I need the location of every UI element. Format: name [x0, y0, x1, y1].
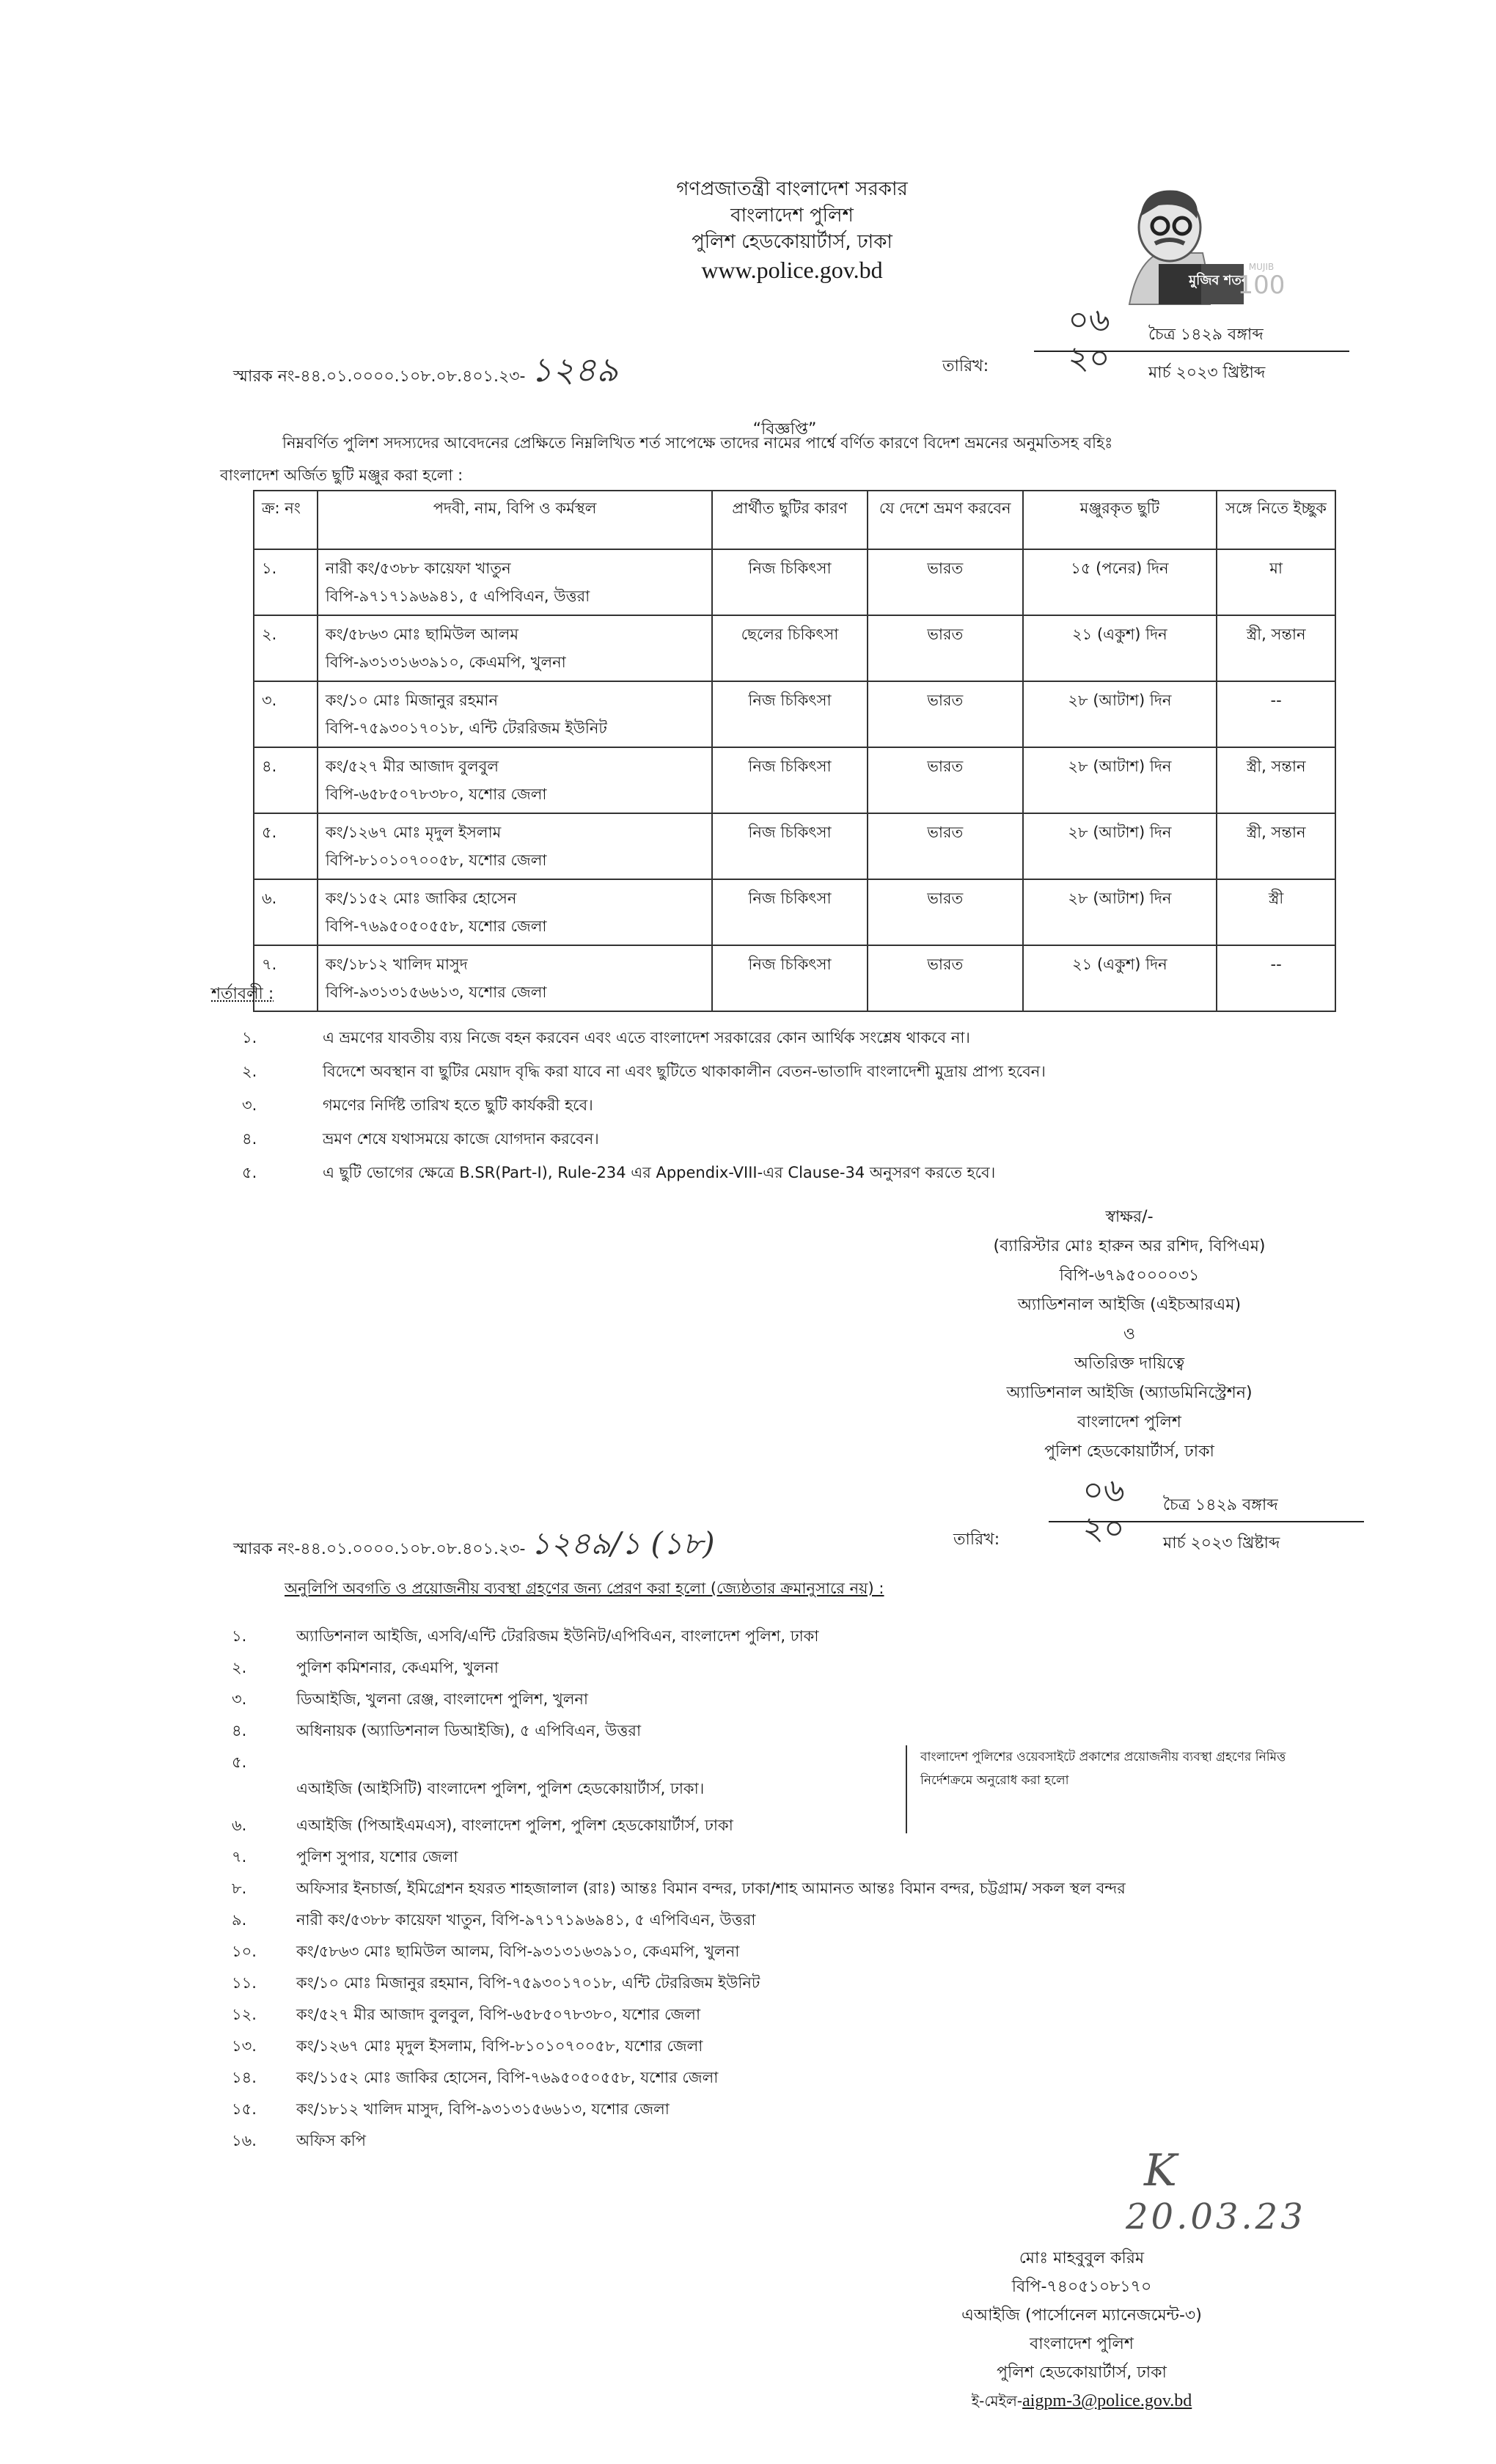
cell-companion: --: [1217, 945, 1335, 1011]
conditions-list: ১.এ ভ্রমণের যাবতীয় ব্যয় নিজে বহন করবেন…: [242, 1021, 1415, 1189]
col-country: যে দেশে ভ্রমণ করবেন: [868, 491, 1023, 549]
memo2-ref-prefix: স্মারক নং-৪৪.০১.০০০০.১০৮.০৮.৪০১.২৩-: [233, 1540, 526, 1558]
col-serial: ক্র: নং: [254, 491, 318, 549]
additional-charge: অতিরিক্ত দায়িত্বে: [873, 1349, 1386, 1379]
table-row: ৬.কং/১১৫২ মোঃ জাকির হোসেনবিপি-৭৬৯৫০৫০৫৫৮…: [254, 879, 1335, 945]
member-name: কং/৫২৭ মীর আজাদ বুলবুল: [326, 752, 704, 780]
cell-companion: স্ত্রী, সন্তান: [1217, 615, 1335, 681]
copy-text: কং/১৮১২ খালিদ মাসুদ, বিপি-৯৩১৩১৫৬৬১৩, যশ…: [296, 2100, 670, 2118]
copy-text: নারী কং/৫৩৮৮ কায়েফা খাতুন, বিপি-৯৭১৭১৯৬…: [296, 1911, 755, 1929]
member-name: নারী কং/৫৩৮৮ কায়েফা খাতুন: [326, 554, 704, 582]
cell-name: কং/১২৬৭ মোঃ মৃদুল ইসলামবিপি-৮১০১০৭০০৫৮, …: [318, 813, 712, 879]
condition-item: ৩.গমণের নির্দিষ্ট তারিখ হতে ছুটি কার্যকর…: [242, 1088, 1415, 1122]
copy-number: ৩.: [232, 1684, 296, 1715]
table-header-row: ক্র: নং পদবী, নাম, বিপি ও কর্মস্থল প্রার…: [254, 491, 1335, 549]
cell-companion: স্ত্রী, সন্তান: [1217, 813, 1335, 879]
cell-leave: ২১ (একুশ) দিন: [1023, 615, 1217, 681]
handwritten-date: 20.03.23: [1126, 2196, 1306, 2237]
signatory-designation: অ্যাডিশনাল আইজি (এইচআরএম): [873, 1291, 1386, 1320]
conjunction: ও: [873, 1320, 1386, 1349]
condition-text: এ ভ্রমণের যাবতীয় ব্যয় নিজে বহন করবেন এ…: [323, 1029, 970, 1046]
copy-recipient: ১.অ্যাডিশনাল আইজি, এসবি/এন্টি টেররিজম ইউ…: [232, 1621, 1405, 1652]
website-link[interactable]: www.police.gov.bd: [572, 255, 1012, 285]
date-bengali-rest: চৈত্র ১৪২৯ বঙ্গাব্দ: [1148, 322, 1264, 349]
signatory2-bp: বিপি-৭৪০৫১০৮১৭০: [891, 2273, 1272, 2301]
memo-reference: স্মারক নং-৪৪.০১.০০০০.১০৮.০৮.৪০১.২৩- ১২৪৯: [233, 345, 618, 400]
condition-text: ভ্রমণ শেষে যথাসময়ে কাজে যোগদান করবেন।: [323, 1130, 599, 1148]
copy-text: পুলিশ সুপার, যশোর জেলা: [296, 1848, 458, 1866]
condition-text: বিদেশে অবস্থান বা ছুটির মেয়াদ বৃদ্ধি কর…: [323, 1063, 1046, 1080]
cell-country: ভারত: [868, 615, 1023, 681]
cell-reason: নিজ চিকিৎসা: [712, 549, 868, 615]
copy-number: ৭.: [232, 1841, 296, 1873]
memo-ref-prefix: স্মারক নং-৪৪.০১.০০০০.১০৮.০৮.৪০১.২৩-: [233, 367, 526, 386]
copy-text: অ্যাডিশনাল আইজি, এসবি/এন্টি টেররিজম ইউনি…: [296, 1627, 818, 1645]
cell-reason: নিজ চিকিৎসা: [712, 747, 868, 813]
letterhead: গণপ্রজাতন্ত্রী বাংলাদেশ সরকার বাংলাদেশ প…: [572, 176, 1012, 285]
copy-number: ১.: [232, 1621, 296, 1652]
member-name: কং/১০ মোঃ মিজানুর রহমান: [326, 686, 704, 714]
cell-serial: ২.: [254, 615, 318, 681]
signatory2-email-row: ই-মেইল-aigpm-3@police.gov.bd: [891, 2387, 1272, 2416]
cell-country: ভারত: [868, 813, 1023, 879]
memo2-reference: স্মারক নং-৪৪.০১.০০০০.১০৮.০৮.৪০১.২৩- ১২৪৯…: [233, 1519, 715, 1572]
signatory-bp: বিপি-৬৭৯৫০০০০৩১: [873, 1261, 1386, 1291]
copy-recipient: ৪.অধিনায়ক (অ্যাডিশনাল ডিআইজি), ৫ এপিবিএ…: [232, 1715, 1405, 1747]
copy-number: ১৫.: [232, 2094, 296, 2125]
memo2-ref-handwritten: ১২৪৯/১ (১৮): [531, 1525, 715, 1561]
copy-number: ৪.: [232, 1715, 296, 1747]
member-name: কং/১৮১২ খালিদ মাসুদ: [326, 950, 704, 978]
cell-serial: ৪.: [254, 747, 318, 813]
copy-recipient: ৯.নারী কং/৫৩৮৮ কায়েফা খাতুন, বিপি-৯৭১৭১…: [232, 1904, 1405, 1936]
office-name: পুলিশ হেডকোয়ার্টার্স, ঢাকা: [572, 229, 1012, 255]
copy-recipient: ১৬.অফিস কপি: [232, 2125, 1405, 2157]
copy-text: ডিআইজি, খুলনা রেঞ্জ, বাংলাদেশ পুলিশ, খুল…: [296, 1690, 588, 1708]
email-label: ই-মেইল-: [972, 2392, 1022, 2410]
table-row: ২.কং/৫৮৬৩ মোঃ ছামিউল আলমবিপি-৯৩১৩১৬৩৯১০,…: [254, 615, 1335, 681]
copy-number: ৫.: [232, 1747, 296, 1778]
signatory-designation-2: অ্যাডিশনাল আইজি (অ্যাডমিনিস্ট্রেশন): [873, 1379, 1386, 1408]
copy-text: কং/১২৬৭ মোঃ মৃদুল ইসলাম, বিপি-৮১০১০৭০০৫৮…: [296, 2037, 703, 2055]
member-bp-posting: বিপি-৯৩১৩১৬৩৯১০, কেএমপি, খুলনা: [326, 648, 704, 676]
signatory-office: পুলিশ হেডকোয়ার্টার্স, ঢাকা: [873, 1437, 1386, 1467]
condition-number: ১.: [242, 1021, 323, 1055]
copy-recipient: ১০.কং/৫৮৬৩ মোঃ ছামিউল আলম, বিপি-৯৩১৩১৬৩৯…: [232, 1936, 1405, 1968]
copy-text: এআইজি (পিআইএমএস), বাংলাদেশ পুলিশ, পুলিশ …: [296, 1816, 733, 1834]
table-row: ১.নারী কং/৫৩৮৮ কায়েফা খাতুনবিপি-৯৭১৭১৯৬…: [254, 549, 1335, 615]
cell-companion: স্ত্রী, সন্তান: [1217, 747, 1335, 813]
cell-country: ভারত: [868, 945, 1023, 1011]
cell-name: কং/১৮১২ খালিদ মাসুদবিপি-৯৩১৩১৫৬৬১৩, যশোর…: [318, 945, 712, 1011]
date2-bengali-rest: চৈত্র ১৪২৯ বঙ্গাব্দ: [1163, 1492, 1278, 1519]
table-row: ৭.কং/১৮১২ খালিদ মাসুদবিপি-৯৩১৩১৫৬৬১৩, যশ…: [254, 945, 1335, 1011]
member-name: কং/১২৬৭ মোঃ মৃদুল ইসলাম: [326, 818, 704, 846]
condition-number: ৩.: [242, 1088, 323, 1122]
signatory2-office: পুলিশ হেডকোয়ার্টার্স, ঢাকা: [891, 2358, 1272, 2387]
cell-leave: ২১ (একুশ) দিন: [1023, 945, 1217, 1011]
cell-name: কং/৫৮৬৩ মোঃ ছামিউল আলমবিপি-৯৩১৩১৬৩৯১০, ক…: [318, 615, 712, 681]
cell-country: ভারত: [868, 747, 1023, 813]
email-link[interactable]: aigpm-3@police.gov.bd: [1022, 2391, 1192, 2410]
date2-gregorian-rest: মার্চ ২০২৩ খ্রিষ্টাব্দ: [1163, 1530, 1280, 1558]
handwritten-initial: K: [1144, 2145, 1177, 2196]
copy-number: ৮.: [232, 1873, 296, 1904]
condition-item: ৫.এ ছুটি ভোগের ক্ষেত্রে B.SR(Part-I), Ru…: [242, 1156, 1415, 1189]
signatory-name: (ব্যারিস্টার মোঃ হারুন অর রশিদ, বিপিএম): [873, 1232, 1386, 1261]
copy-text: কং/১০ মোঃ মিজানুর রহমান, বিপি-৭৫৯৩০১৭০১৮…: [296, 1974, 760, 1992]
copy-number: ১০.: [232, 1936, 296, 1968]
cell-reason: নিজ চিকিৎসা: [712, 879, 868, 945]
notice-intro-line1: নিম্নবর্ণিত পুলিশ সদস্যদের আবেদনের প্রেক…: [282, 425, 1382, 461]
memo-date: ০৬ চৈত্র ১৪২৯ বঙ্গাব্দ ২০ মার্চ ২০২৩ খ্র…: [1049, 317, 1357, 387]
member-name: কং/৫৮৬৩ মোঃ ছামিউল আলম: [326, 620, 704, 648]
memo-ref-handwritten: ১২৪৯: [531, 350, 618, 389]
copy-text: পুলিশ কমিশনার, কেএমপি, খুলনা: [296, 1659, 499, 1676]
copy-text: অফিস কপি: [296, 2132, 366, 2149]
member-bp-posting: বিপি-৯৩১৩১৫৬৬১৩, যশোর জেলা: [326, 978, 704, 1006]
member-bp-posting: বিপি-৭৬৯৫০৫০৫৫৮, যশোর জেলা: [326, 912, 704, 940]
copy-recipient: ৭.পুলিশ সুপার, যশোর জেলা: [232, 1841, 1405, 1873]
signatory2-org: বাংলাদেশ পুলিশ: [891, 2330, 1272, 2358]
copy-recipient: ৩.ডিআইজি, খুলনা রেঞ্জ, বাংলাদেশ পুলিশ, খ…: [232, 1684, 1405, 1715]
signature-block-1: স্বাক্ষর/- (ব্যারিস্টার মোঃ হারুন অর রশি…: [873, 1203, 1386, 1467]
date-gregorian-rest: মার্চ ২০২৩ খ্রিষ্টাব্দ: [1148, 360, 1265, 387]
conditions-title: শর্তাবলী :: [211, 981, 274, 1008]
signatory-org: বাংলাদেশ পুলিশ: [873, 1408, 1386, 1437]
member-bp-posting: বিপি-৬৫৮৫০৭৮৩৮০, যশোর জেলা: [326, 780, 704, 808]
copy-recipient: ১২.কং/৫২৭ মীর আজাদ বুলবুল, বিপি-৬৫৮৫০৭৮৩…: [232, 1999, 1405, 2031]
website-publish-note: বাংলাদেশ পুলিশের ওয়েবসাইটে প্রকাশের প্র…: [906, 1745, 1331, 1833]
copy-recipient: ১৩.কং/১২৬৭ মোঃ মৃদুল ইসলাম, বিপি-৮১০১০৭০…: [232, 2031, 1405, 2062]
cell-name: কং/৫২৭ মীর আজাদ বুলবুলবিপি-৬৫৮৫০৭৮৩৮০, য…: [318, 747, 712, 813]
date-gregorian-day: ২০: [1049, 334, 1129, 387]
col-name: পদবী, নাম, বিপি ও কর্মস্থল: [318, 491, 712, 549]
condition-text: গমণের নির্দিষ্ট তারিখ হতে ছুটি কার্যকরী …: [323, 1096, 593, 1114]
copy-number: ৯.: [232, 1904, 296, 1936]
cell-leave: ২৮ (আটাশ) দিন: [1023, 879, 1217, 945]
cell-country: ভারত: [868, 879, 1023, 945]
cell-companion: স্ত্রী: [1217, 879, 1335, 945]
condition-number: ৫.: [242, 1156, 323, 1189]
cell-serial: ৫.: [254, 813, 318, 879]
cell-reason: নিজ চিকিৎসা: [712, 813, 868, 879]
mujib-100-logo: মুজিব শতবর্ষ 100 MUJIB: [1115, 183, 1283, 308]
cell-leave: ২৮ (আটাশ) দিন: [1023, 747, 1217, 813]
copy-number: ১৬.: [232, 2125, 296, 2157]
org-name: বাংলাদেশ পুলিশ: [572, 202, 1012, 229]
cell-leave: ২৮ (আটাশ) দিন: [1023, 813, 1217, 879]
copy-recipient: ২.পুলিশ কমিশনার, কেএমপি, খুলনা: [232, 1652, 1405, 1684]
cell-companion: মা: [1217, 549, 1335, 615]
copy-text: অফিসার ইনচার্জ, ইমিগ্রেশন হযরত শাহজালাল …: [296, 1880, 1126, 1897]
date2-gregorian-day: ২০: [1063, 1504, 1144, 1558]
copy-recipient: ৮.অফিসার ইনচার্জ, ইমিগ্রেশন হযরত শাহজালা…: [232, 1873, 1405, 1904]
copy-recipient: ১১.কং/১০ মোঃ মিজানুর রহমান, বিপি-৭৫৯৩০১৭…: [232, 1968, 1405, 1999]
copy-number: ২.: [232, 1652, 296, 1684]
copy-title: অনুলিপি অবগতি ও প্রয়োজনীয় ব্যবস্থা গ্র…: [285, 1577, 884, 1602]
leave-table: ক্র: নং পদবী, নাম, বিপি ও কর্মস্থল প্রার…: [253, 490, 1336, 1012]
cell-leave: ২৮ (আটাশ) দিন: [1023, 681, 1217, 747]
cell-reason: নিজ চিকিৎসা: [712, 681, 868, 747]
col-leave: মঞ্জুরকৃত ছুটি: [1023, 491, 1217, 549]
col-companion: সঙ্গে নিতে ইচ্ছুক: [1217, 491, 1335, 549]
svg-text:MUJIB: MUJIB: [1249, 262, 1274, 272]
cell-reason: নিজ চিকিৎসা: [712, 945, 868, 1011]
cell-serial: ৬.: [254, 879, 318, 945]
cell-name: কং/১১৫২ মোঃ জাকির হোসেনবিপি-৭৬৯৫০৫০৫৫৮, …: [318, 879, 712, 945]
memo-date-label: তারিখ:: [942, 353, 989, 381]
member-name: কং/১১৫২ মোঃ জাকির হোসেন: [326, 884, 704, 912]
condition-item: ২.বিদেশে অবস্থান বা ছুটির মেয়াদ বৃদ্ধি …: [242, 1055, 1415, 1088]
member-bp-posting: বিপি-৯৭১৭১৯৬৯৪১, ৫ এপিবিএন, উত্তরা: [326, 582, 704, 610]
copy-text: কং/৫২৭ মীর আজাদ বুলবুল, বিপি-৬৫৮৫০৭৮৩৮০,…: [296, 2006, 700, 2023]
table-row: ৩.কং/১০ মোঃ মিজানুর রহমানবিপি-৭৫৯৩০১৭০১৮…: [254, 681, 1335, 747]
notice-intro-line2: বাংলাদেশ অর্জিত ছুটি মঞ্জুর করা হলো :: [220, 458, 463, 493]
cell-serial: ৩.: [254, 681, 318, 747]
cell-reason: ছেলের চিকিৎসা: [712, 615, 868, 681]
copy-text: কং/১১৫২ মোঃ জাকির হোসেন, বিপি-৭৬৯৫০৫০৫৫৮…: [296, 2069, 718, 2086]
condition-item: ৪.ভ্রমণ শেষে যথাসময়ে কাজে যোগদান করবেন।: [242, 1122, 1415, 1156]
signature-block-2: মোঃ মাহবুবুল করিম বিপি-৭৪০৫১০৮১৭০ এআইজি …: [891, 2244, 1272, 2416]
member-bp-posting: বিপি-৮১০১০৭০০৫৮, যশোর জেলা: [326, 846, 704, 874]
copy-number: ১২.: [232, 1999, 296, 2031]
memo2-date: ০৬ চৈত্র ১৪২৯ বঙ্গাব্দ ২০ মার্চ ২০২৩ খ্র…: [1063, 1487, 1371, 1558]
signatory2-designation: এআইজি (পার্সোনেল ম্যানেজমেন্ট-৩): [891, 2301, 1272, 2330]
copy-text: এআইজি (আইসিটি) বাংলাদেশ পুলিশ, পুলিশ হেড…: [296, 1780, 704, 1797]
condition-number: ৪.: [242, 1122, 323, 1156]
cell-name: নারী কং/৫৩৮৮ কায়েফা খাতুনবিপি-৯৭১৭১৯৬৯৪…: [318, 549, 712, 615]
cell-companion: --: [1217, 681, 1335, 747]
copy-text: কং/৫৮৬৩ মোঃ ছামিউল আলম, বিপি-৯৩১৩১৬৩৯১০,…: [296, 1943, 739, 1960]
table-row: ৫.কং/১২৬৭ মোঃ মৃদুল ইসলামবিপি-৮১০১০৭০০৫৮…: [254, 813, 1335, 879]
signed-text: স্বাক্ষর/-: [873, 1203, 1386, 1232]
copy-text: অধিনায়ক (অ্যাডিশনাল ডিআইজি), ৫ এপিবিএন,…: [296, 1722, 641, 1739]
condition-number: ২.: [242, 1055, 323, 1088]
copy-number: ৬.: [232, 1810, 296, 1841]
member-bp-posting: বিপি-৭৫৯৩০১৭০১৮, এন্টি টেররিজম ইউনিট: [326, 714, 704, 742]
condition-text: এ ছুটি ভোগের ক্ষেত্রে B.SR(Part-I), Rule…: [323, 1164, 995, 1181]
cell-name: কং/১০ মোঃ মিজানুর রহমানবিপি-৭৫৯৩০১৭০১৮, …: [318, 681, 712, 747]
col-reason: প্রার্থীত ছুটির কারণ: [712, 491, 868, 549]
portrait-icon: মুজিব শতবর্ষ 100 MUJIB: [1115, 183, 1283, 308]
copy-number: ১৪.: [232, 2062, 296, 2094]
signatory2-name: মোঃ মাহবুবুল করিম: [891, 2244, 1272, 2273]
svg-text:100: 100: [1238, 271, 1283, 300]
condition-item: ১.এ ভ্রমণের যাবতীয় ব্যয় নিজে বহন করবেন…: [242, 1021, 1415, 1055]
cell-country: ভারত: [868, 681, 1023, 747]
cell-country: ভারত: [868, 549, 1023, 615]
cell-leave: ১৫ (পনের) দিন: [1023, 549, 1217, 615]
copy-list: ১.অ্যাডিশনাল আইজি, এসবি/এন্টি টেররিজম ইউ…: [232, 1621, 1405, 2157]
cell-serial: ১.: [254, 549, 318, 615]
copy-recipient: ১৪.কং/১১৫২ মোঃ জাকির হোসেন, বিপি-৭৬৯৫০৫০…: [232, 2062, 1405, 2094]
table-row: ৪.কং/৫২৭ মীর আজাদ বুলবুলবিপি-৬৫৮৫০৭৮৩৮০,…: [254, 747, 1335, 813]
copy-recipient: ১৫.কং/১৮১২ খালিদ মাসুদ, বিপি-৯৩১৩১৫৬৬১৩,…: [232, 2094, 1405, 2125]
copy-number: ১৩.: [232, 2031, 296, 2062]
copy-number: ১১.: [232, 1968, 296, 1999]
memo2-date-label: তারিখ:: [953, 1527, 1000, 1554]
govt-name: গণপ্রজাতন্ত্রী বাংলাদেশ সরকার: [572, 176, 1012, 202]
